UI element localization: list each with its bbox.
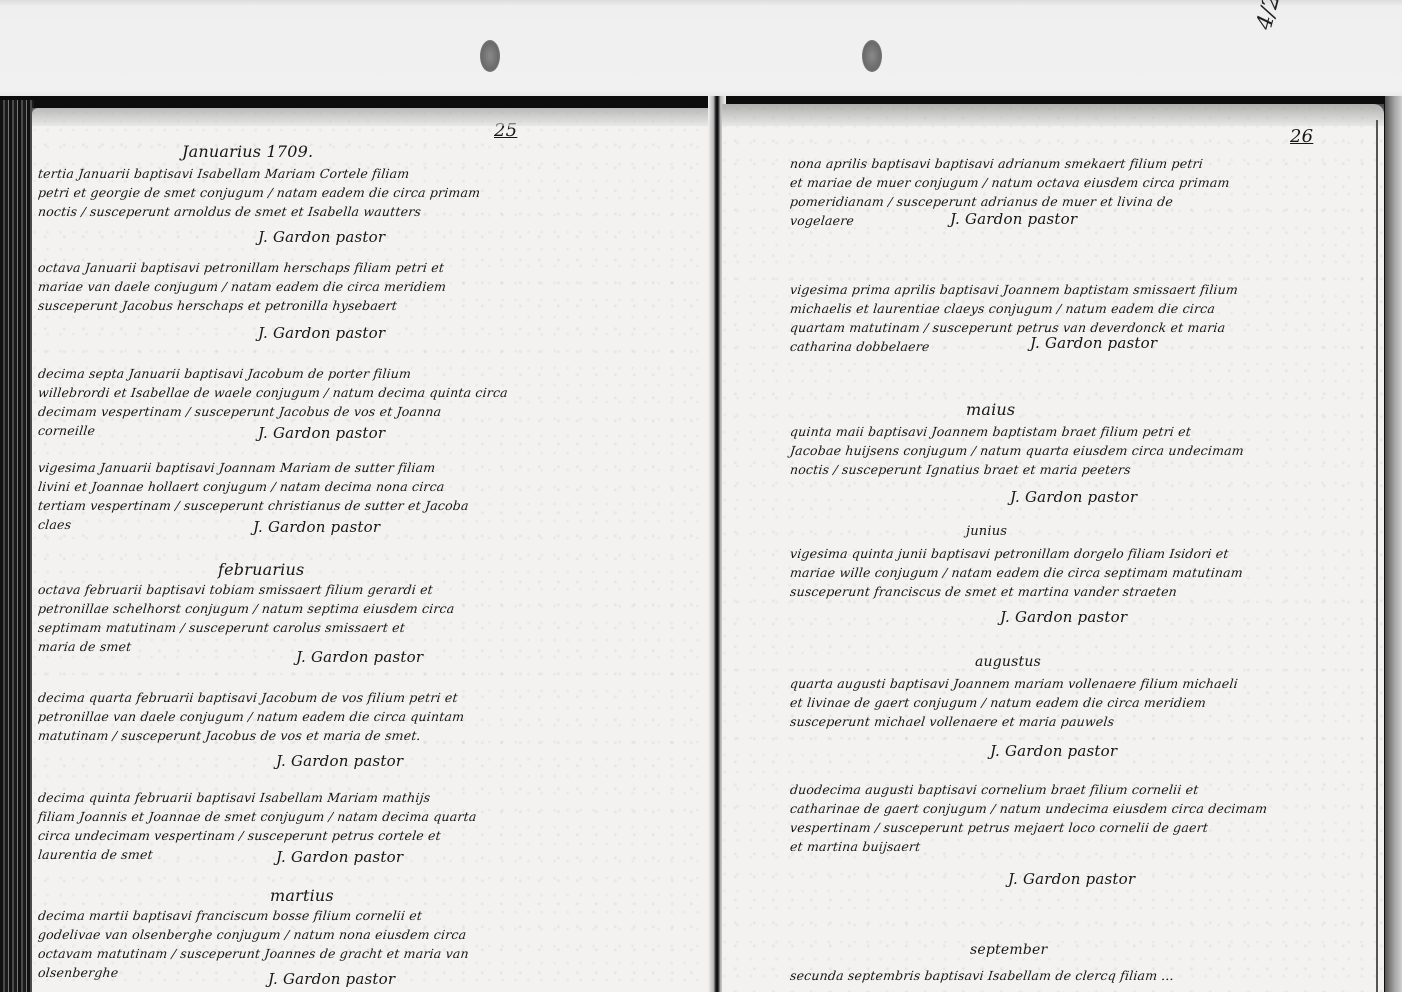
- punch-hole-right: [862, 40, 882, 72]
- pastor-signature: J. Gardon pastor: [296, 648, 423, 666]
- pastor-signature: J. Gardon pastor: [1000, 608, 1127, 626]
- entry-line: decima quarta februarii baptisavi Jacobu…: [37, 688, 459, 708]
- entry-line: duodecima augusti baptisavi cornelium br…: [789, 780, 1200, 800]
- scan-shadow: [1385, 96, 1402, 992]
- month-heading: martius: [270, 886, 334, 905]
- pastor-signature: J. Gardon pastor: [950, 210, 1077, 228]
- entry-line: catharina dobbelaere: [789, 337, 931, 357]
- entry-line: nona aprilis baptisavi baptisavi adrianu…: [789, 154, 1204, 174]
- entry-line: filiam Joannis et Joannae de smet conjug…: [37, 807, 478, 827]
- entry-line: vogelaere: [789, 211, 855, 231]
- folio-number-right: 26: [1290, 126, 1313, 147]
- entry-line: decima martii baptisavi franciscum bosse…: [37, 906, 423, 926]
- pastor-signature: J. Gardon pastor: [1010, 488, 1137, 506]
- entry-line: olsenberghe: [37, 963, 120, 983]
- entry-line: claes: [37, 515, 72, 535]
- pastor-signature: J. Gardon pastor: [276, 848, 403, 866]
- pastor-signature: J. Gardon pastor: [258, 324, 385, 342]
- entry-line: livini et Joannae hollaert conjugum / na…: [37, 477, 446, 497]
- entry-line: septimam matutinam / susceperunt carolus…: [37, 618, 406, 638]
- entry-line: laurentia de smet: [37, 845, 154, 865]
- entry-line: quinta maii baptisavi Joannem baptistam …: [789, 422, 1192, 442]
- entry-line: michaelis et laurentiae claeys conjugum …: [789, 299, 1216, 319]
- entry-line: susceperunt franciscus de smet et martin…: [789, 582, 1178, 602]
- entry-line: secunda septembris baptisavi Isabellam d…: [789, 966, 1175, 986]
- entry-line: susceperunt Jacobus herschaps et petroni…: [37, 296, 398, 316]
- pastor-signature: J. Gardon pastor: [268, 970, 395, 988]
- entry-line: petronillae van daele conjugum / natum e…: [37, 707, 465, 727]
- page-heading: Januarius 1709.: [182, 142, 313, 161]
- entry-line: et martina buijsaert: [789, 837, 921, 857]
- book-spine-edge: [0, 100, 34, 992]
- month-heading: maius: [966, 400, 1015, 419]
- entry-line: decimam vespertinam / susceperunt Jacobu…: [37, 402, 442, 422]
- punch-hole-left: [480, 40, 500, 72]
- entry-line: petronillae schelhorst conjugum / natum …: [37, 599, 456, 619]
- entry-line: matutinam / susceperunt Jacobus de vos e…: [37, 726, 422, 746]
- entry-line: octavam matutinam / susceperunt Joannes …: [37, 944, 470, 964]
- pastor-signature: J. Gardon pastor: [258, 424, 385, 442]
- scanner-backing-strip: [0, 0, 1402, 100]
- entry-line: octava Januarii baptisavi petronillam he…: [37, 258, 445, 278]
- entry-line: corneille: [37, 421, 96, 441]
- entry-line: tertiam vespertinam / susceperunt christ…: [37, 496, 470, 516]
- entry-line: vigesima quinta junii baptisavi petronil…: [789, 544, 1230, 564]
- month-heading: februarius: [218, 560, 304, 579]
- entry-line: mariae wille conjugum / natam eadem die …: [789, 563, 1244, 583]
- entry-line: et livinae de gaert conjugum / natum ead…: [789, 693, 1207, 713]
- entry-line: circa undecimam vespertinam / susceperun…: [37, 826, 442, 846]
- entry-line: pomeridianam / susceperunt adrianus de m…: [789, 192, 1174, 212]
- entry-line: octava februarii baptisavi tobiam smissa…: [37, 580, 434, 600]
- entry-line: vespertinam / susceperunt petrus mejaert…: [789, 818, 1209, 838]
- right-page: 26 nona aprilis baptisavi baptisavi adri…: [722, 104, 1384, 992]
- month-heading: augustus: [975, 654, 1041, 670]
- entry-line: vigesima Januarii baptisavi Joannam Mari…: [37, 458, 436, 478]
- entry-line: Jacobae huijsens conjugum / natum quarta…: [789, 441, 1245, 461]
- month-heading: september: [970, 942, 1047, 958]
- pastor-signature: J. Gardon pastor: [253, 518, 380, 536]
- entry-line: quarta augusti baptisavi Joannem mariam …: [789, 674, 1239, 694]
- entry-line: petri et georgie de smet conjugum / nata…: [37, 183, 481, 203]
- entry-line: vigesima prima aprilis baptisavi Joannem…: [789, 280, 1239, 300]
- entry-line: quartam matutinam / susceperunt petrus v…: [789, 318, 1226, 338]
- entry-line: godelivae van olsenberghe conjugum / nat…: [37, 925, 467, 945]
- entry-line: noctis / susceperunt Ignatius braet et m…: [789, 460, 1132, 480]
- entry-line: susceperunt michael vollenaere et maria …: [789, 712, 1115, 732]
- entry-line: willebrordi et Isabellae de waele conjug…: [37, 383, 509, 403]
- month-heading: junius: [966, 524, 1007, 539]
- pastor-signature: J. Gardon pastor: [276, 752, 403, 770]
- entry-line: noctis / susceperunt arnoldus de smet et…: [37, 202, 422, 222]
- left-page: 25 Januarius 1709. tertia Januarii bapti…: [32, 108, 712, 992]
- folio-number-left: 25: [494, 120, 517, 141]
- entry-line: tertia Januarii baptisavi Isabellam Mari…: [37, 164, 410, 184]
- pastor-signature: J. Gardon pastor: [258, 228, 385, 246]
- entry-line: decima quinta februarii baptisavi Isabel…: [37, 788, 431, 808]
- entry-line: et mariae de muer conjugum / natum octav…: [789, 173, 1231, 193]
- pastor-signature: J. Gardon pastor: [990, 742, 1117, 760]
- page-edge-line: [1376, 120, 1378, 992]
- entry-line: mariae van daele conjugum / natam eadem …: [37, 277, 447, 297]
- entry-line: maria de smet: [37, 637, 132, 657]
- pastor-signature: J. Gardon pastor: [1030, 334, 1157, 352]
- entry-line: decima septa Januarii baptisavi Jacobum …: [37, 364, 412, 384]
- pastor-signature: J. Gardon pastor: [1008, 870, 1135, 888]
- entry-line: catharinae de gaert conjugum / natum und…: [789, 799, 1268, 819]
